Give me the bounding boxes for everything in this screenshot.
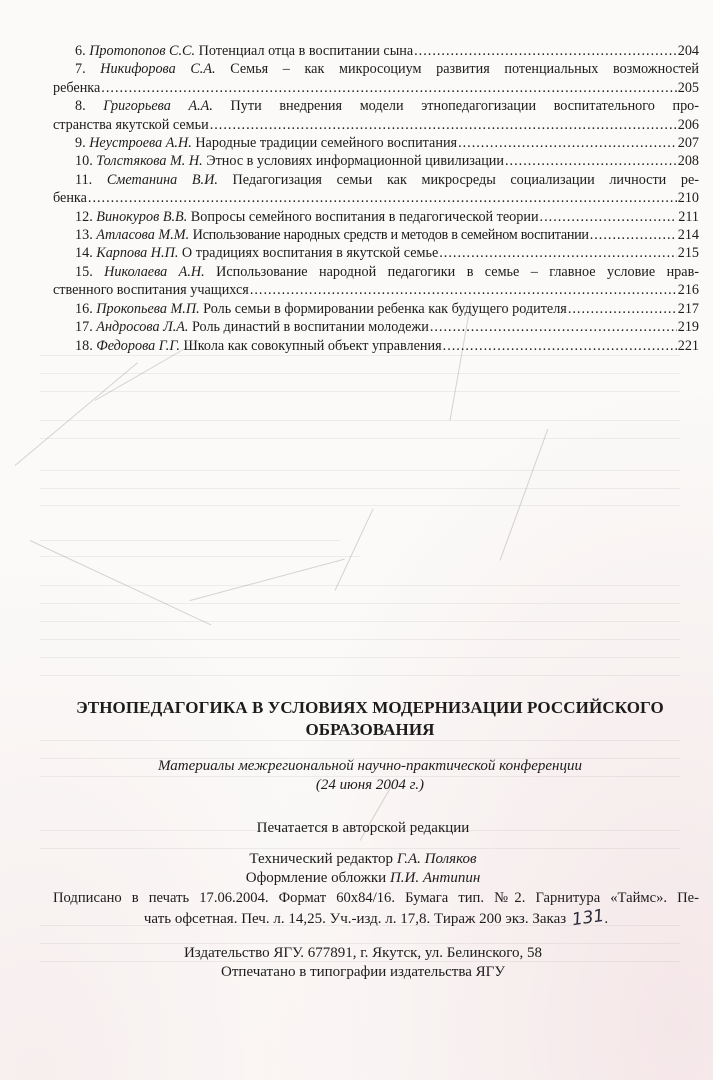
entry-author: Протопопов С.С. (89, 42, 195, 60)
entry-number: 10. (75, 152, 93, 170)
entry-title: Семья – как микросоциум развития потенци… (230, 61, 699, 77)
dot-leader (210, 116, 677, 134)
entry-title: Этнос в условиях информационной цивилиза… (206, 152, 504, 170)
entry-number: 17. (75, 318, 93, 336)
book-title: ЭТНОПЕДАГОГИКА В УСЛОВИЯХ МОДЕРНИЗАЦИИ Р… (60, 697, 680, 741)
entry-title: Использование народной педагогики в семь… (216, 264, 699, 280)
entry-author: Никифорова С.А. (100, 61, 215, 77)
entry-title: Педагогизация семьи как микросреды социа… (233, 172, 700, 188)
entry-title: Роль династий в воспитании молодежи (192, 318, 429, 336)
entry-number: 9. (75, 134, 86, 152)
entry-author: Атласова М.М. (96, 226, 189, 244)
entry-author: Прокопьева М.П. (96, 300, 199, 318)
entry-number: 7. (75, 61, 86, 77)
entry-page: 207 (678, 134, 699, 152)
tech-editor-name: Г.А. Поляков (397, 851, 477, 867)
entry-author: Григорьева А.А. (103, 98, 213, 114)
dot-leader (540, 208, 678, 226)
entry-title-continued: странства якутской семьи (53, 116, 209, 134)
table-of-contents: 6. Протопопов С.С. Потенциал отца в восп… (53, 42, 699, 355)
conference-date: (24 июня 2004 г.) (60, 776, 680, 795)
dot-leader (414, 42, 677, 60)
entry-author: Толстякова М. Н. (96, 152, 202, 170)
entry-title-continued: ственного воспитания учащихся (53, 281, 249, 299)
entry-number: 16. (75, 300, 93, 318)
print-info-line: чать офсетная. Печ. л. 14,25. Уч.-изд. л… (53, 909, 699, 930)
entry-number: 14. (75, 244, 93, 262)
entry-page: 204 (678, 42, 699, 60)
dot-leader (568, 300, 677, 318)
entry-number: 8. (75, 98, 86, 114)
entry-page: 211 (678, 208, 699, 226)
toc-entry[interactable]: 6. Протопопов С.С. Потенциал отца в восп… (53, 42, 699, 60)
print-info-text: чать офсетная. Печ. л. 14,25. Уч.-изд. л… (144, 911, 566, 927)
entry-title-continued: ребенка (53, 79, 100, 97)
entry-number: 12. (75, 208, 93, 226)
book-title-line: ОБРАЗОВАНИЯ (60, 719, 680, 741)
cover-design: Оформление обложки П.И. Антипин (40, 869, 686, 888)
entry-author: Федорова Г.Г. (96, 337, 180, 355)
toc-entry[interactable]: 15. Николаева А.Н. Использование народно… (53, 263, 699, 300)
book-title-line: ЭТНОПЕДАГОГИКА В УСЛОВИЯХ МОДЕРНИЗАЦИИ Р… (60, 697, 680, 719)
entry-author: Сметанина В.И. (107, 172, 218, 188)
publisher-address: Издательство ЯГУ. 677891, г. Якутск, ул.… (40, 944, 686, 963)
entry-title: Народные традиции семейного воспитания (195, 134, 457, 152)
entry-title: Пути внедрения модели этнопедагогизации … (231, 98, 699, 114)
cover-design-label: Оформление обложки (246, 870, 386, 886)
entry-page: 210 (678, 189, 699, 207)
scanned-page: 6. Протопопов С.С. Потенциал отца в восп… (0, 0, 713, 1080)
toc-entry[interactable]: 7. Никифорова С.А. Семья – как микросоци… (53, 60, 699, 97)
entry-number: 13. (75, 226, 93, 244)
toc-entry[interactable]: 14. Карпова Н.П. О традициях воспитания … (53, 244, 699, 262)
dot-leader (505, 152, 677, 170)
entry-page: 206 (678, 116, 699, 134)
colophon-title-block: ЭТНОПЕДАГОГИКА В УСЛОВИЯХ МОДЕРНИЗАЦИИ Р… (60, 697, 680, 795)
entry-author: Андросова Л.А. (96, 318, 188, 336)
dot-leader (590, 226, 677, 244)
dot-leader (430, 318, 677, 336)
entry-title: О традициях воспитания в якутской семье (182, 244, 438, 262)
entry-title-continued: бенка (53, 189, 87, 207)
entry-author: Неустроева А.Н. (89, 134, 192, 152)
handwritten-order-number: 131 (571, 906, 606, 930)
entry-author: Карпова Н.П. (96, 244, 178, 262)
toc-entry[interactable]: 16. Прокопьева М.П. Роль семьи в формиро… (53, 300, 699, 318)
entry-author: Николаева А.Н. (104, 264, 205, 280)
entry-page: 217 (678, 300, 699, 318)
dot-leader (88, 189, 677, 207)
entry-title: Школа как совокупный объект управления (183, 337, 441, 355)
entry-number: 18. (75, 337, 93, 355)
print-info: Подписано в печать 17.06.2004. Формат 60… (53, 889, 699, 929)
entry-title: Вопросы семейного воспитания в педагогич… (191, 208, 539, 226)
dot-leader (443, 337, 677, 355)
technical-editor: Технический редактор Г.А. Поляков (40, 850, 686, 869)
book-subtitle: Материалы межрегиональной научно-практич… (60, 757, 680, 795)
entry-page: 208 (678, 152, 699, 170)
toc-entry[interactable]: 18. Федорова Г.Г. Школа как совокупный о… (53, 337, 699, 355)
entry-page: 216 (678, 281, 699, 299)
entry-page: 219 (678, 318, 699, 336)
entry-page: 205 (678, 79, 699, 97)
toc-entry[interactable]: 13. Атласова М.М. Использование народных… (53, 226, 699, 244)
subtitle-line: Материалы межрегиональной научно-практич… (60, 757, 680, 776)
dot-leader (250, 281, 677, 299)
toc-entry[interactable]: 11. Сметанина В.И. Педагогизация семьи к… (53, 171, 699, 208)
entry-number: 15. (75, 264, 93, 280)
dot-leader (439, 244, 676, 262)
toc-entry[interactable]: 8. Григорьева А.А. Пути внедрения модели… (53, 97, 699, 134)
printing-house: Отпечатано в типографии издательства ЯГУ (40, 963, 686, 982)
dot-leader (458, 134, 677, 152)
entry-title: Роль семьи в формировании ребенка как бу… (203, 300, 567, 318)
toc-entry[interactable]: 17. Андросова Л.А. Роль династий в воспи… (53, 318, 699, 336)
toc-entry[interactable]: 10. Толстякова М. Н. Этнос в условиях ин… (53, 152, 699, 170)
entry-title: Потенциал отца в воспитании сына (199, 42, 414, 60)
entry-author: Винокуров В.В. (96, 208, 187, 226)
edition-note: Печатается в авторской редакции (40, 819, 686, 838)
entry-page: 214 (678, 226, 699, 244)
cover-designer-name: П.И. Антипин (390, 870, 480, 886)
toc-entry[interactable]: 12. Винокуров В.В. Вопросы семейного вос… (53, 208, 699, 226)
entry-number: 11. (75, 172, 92, 188)
entry-number: 6. (75, 42, 86, 60)
toc-entry[interactable]: 9. Неустроева А.Н. Народные традиции сем… (53, 134, 699, 152)
entry-page: 215 (678, 244, 699, 262)
entry-title: Использование народных средств и методов… (193, 226, 589, 244)
entry-page: 221 (678, 337, 699, 355)
dot-leader (101, 79, 676, 97)
tech-editor-label: Технический редактор (249, 851, 393, 867)
